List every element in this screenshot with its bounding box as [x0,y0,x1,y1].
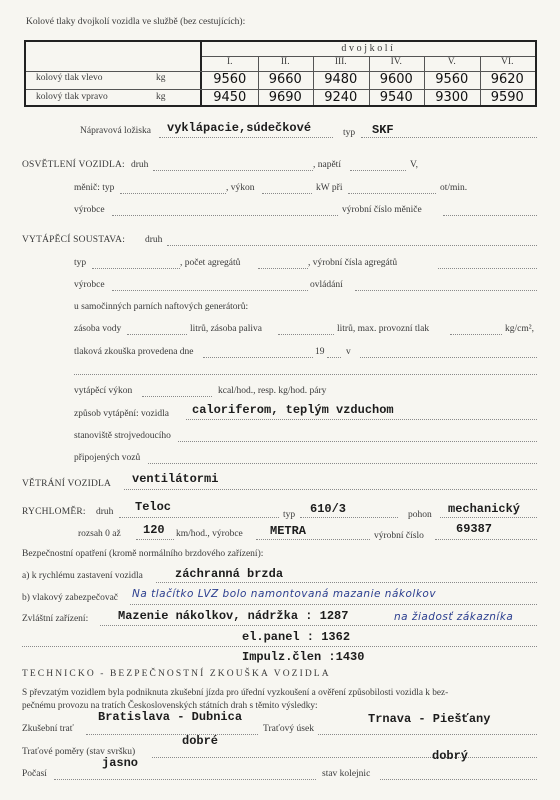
lighting-druh-field[interactable] [153,170,313,171]
lighting-voltage-label: , napětí [313,160,341,170]
heating-druh-field[interactable] [167,245,537,246]
weather-value: jasno [102,756,138,770]
speedometer-section: RYCHLOMĚR: [22,507,86,517]
heating-output-unit: kcal/hod., resp. kg/hod. páry [218,386,326,396]
test-track-value: Bratislava - Dubnica [98,710,242,724]
special-equipment-value-2: el.panel : 1362 [242,630,350,644]
pressure-value: 9690 [258,90,314,105]
ventilation-field[interactable] [124,489,537,490]
column-header: I. [202,57,258,67]
water-supply-field[interactable] [127,334,187,335]
bearings-type-field[interactable] [361,137,537,138]
test-section: TECHNICKO - BEZPEČNOSTNÍ ZKOUŠKA VOZIDLA [22,669,331,679]
group-header: dvojkolí [202,43,535,54]
converter-rpm-unit: ot/min. [440,183,467,193]
special-equipment-field-2[interactable] [22,646,537,647]
speedometer-manufacturer-value: METRA [270,524,306,538]
speedometer-range-value: 120 [143,523,165,537]
bearings-type-label: typ [343,128,355,138]
speedometer-type-label: typ [283,510,295,520]
speedometer-range-label: rozsah 0 až [78,529,121,539]
heating-count-field[interactable] [258,268,308,269]
speedometer-manufacturer-field[interactable] [256,539,370,540]
column-header: IV. [369,57,425,67]
heating-manufacturer-label: výrobce [74,280,105,290]
generators-label: u samočinných parních naftových generáto… [74,302,248,312]
column-header: III. [313,57,369,67]
heating-output-field[interactable] [142,396,212,397]
safety-b-value: Na tlačítko LVZ bolo namontovaná mazanie… [132,588,436,600]
speedometer-kind-label: druh [96,507,113,517]
special-equipment-field[interactable] [100,625,537,626]
converter-kw-label: kW při [316,183,342,193]
safety-b-field[interactable] [130,604,537,605]
fuel-supply-label: litrů, zásoba paliva [190,324,262,334]
column-header: II. [258,57,314,67]
converter-rpm-field[interactable] [348,193,436,194]
rail-condition-value: dobrý [432,749,468,763]
safety-title: Bezpečnostní opatření (kromě normálního … [22,549,263,559]
speedometer-type-field[interactable] [300,517,398,518]
column-header: V. [424,57,480,67]
safety-a-label: a) k rychlému zastavení vozidla [22,571,143,581]
lighting-manufacturer-field[interactable] [112,215,338,216]
heating-section: VYTÁPĚCÍ SOUSTAVA: [22,235,125,245]
heating-serials-field[interactable] [438,268,537,269]
lighting-druh-label: druh [131,160,148,170]
heating-output-label: vytápěcí výkon [74,386,132,396]
pressure-value: 9590 [480,90,536,105]
converter-power-label: , výkon [226,183,255,193]
heating-control-field[interactable] [355,290,537,291]
heating-druh-label: druh [145,235,162,245]
safety-a-field[interactable] [156,582,537,583]
heating-manufacturer-field[interactable] [112,290,308,291]
heating-type-field[interactable] [92,268,180,269]
bearings-label: Nápravová ložiska [80,126,151,136]
wheel-pressure-table: dvojkolí kolový tlak vlevo kg kolový tla… [24,40,537,107]
pressure-value: 9620 [480,72,536,87]
converter-serial-field[interactable] [443,215,537,216]
test-track-label: Zkušební trať [22,724,74,734]
rail-condition-field[interactable] [380,779,537,780]
speedometer-drive-value: mechanický [448,502,520,516]
lighting-section: OSVĚTLENÍ VOZIDLA: [22,160,125,170]
heating-count-label: , počet agregátů [180,258,240,268]
test-track-field[interactable] [86,734,258,735]
heating-method-value: caloriferom, teplým vzduchom [192,403,394,417]
heating-method-field[interactable] [186,419,537,420]
pressure-test-extra-field[interactable] [74,374,537,375]
speedometer-range-field[interactable] [136,539,174,540]
heating-control-label: ovládání [310,280,343,290]
heating-serials-label: , výrobní čísla agregátů [308,258,397,268]
ventilation-value: ventilátormi [132,472,218,486]
pressure-value: 9300 [424,90,480,105]
test-paragraph-1: S převzatým vozidlem byla podniknuta zku… [22,688,448,698]
lighting-voltage-field[interactable] [350,170,406,171]
row-label: kolový tlak vpravo [36,92,108,102]
bearings-field[interactable] [159,137,333,138]
lighting-manufacturer-label: výrobce [74,205,105,215]
speedometer-serial-value: 69387 [456,522,492,536]
row-unit: kg [156,92,166,102]
pressure-value: 9560 [424,72,480,87]
wheel-pressure-title: Kolové tlaky dvojkolí vozidla ve službě … [26,17,245,27]
converter-type-label: měnič: typ [74,183,114,193]
connected-cars-field[interactable] [148,463,537,464]
pressure-value: 9660 [258,72,314,87]
speedometer-drive-field[interactable] [440,517,537,518]
track-conditions-field[interactable] [152,757,537,758]
speedometer-kind-field[interactable] [119,517,279,518]
weather-field[interactable] [54,779,316,780]
pressure-test-place-field[interactable] [360,357,537,358]
rail-condition-label: stav kolejnic [322,769,370,779]
pressure-test-place-label: v [346,347,351,357]
heating-method-label: způsob vytápění: vozidla [74,409,169,419]
pressure-value: 9450 [202,90,258,105]
special-equipment-value-3: Impulz.člen :1430 [242,650,364,664]
special-equipment-value-1: Mazenie nákolkov, nádržka : 1287 [118,609,348,623]
pressure-test-label: tlaková zkouška provedena dne [74,347,194,357]
pressure-test-year: 19 [315,347,325,357]
track-conditions-value: dobré [182,734,218,748]
column-header: VI. [480,57,536,67]
connected-cars-label: připojených vozů [74,453,140,463]
speedometer-serial-field[interactable] [435,539,537,540]
converter-power-field[interactable] [262,193,312,194]
pressure-value: 9240 [313,90,369,105]
track-section-value: Trnava - Piešťany [368,712,490,726]
row-label: kolový tlak vlevo [36,73,103,83]
special-equipment-label: Zvláštní zařízení: [22,614,88,624]
max-pressure-field[interactable] [450,334,502,335]
row-unit: kg [156,73,166,83]
track-section-field[interactable] [318,734,537,735]
special-equipment-note: na žiadosť zákazníka [394,611,513,623]
speedometer-kind-value: Teloc [135,500,171,514]
speedometer-manufacturer-label: km/hod., výrobce [176,529,243,539]
speedometer-serial-label: výrobní číslo [374,531,424,541]
lighting-volt-unit: V, [410,160,418,170]
pressure-test-date-field[interactable] [203,357,313,358]
speedometer-type-value: 610/3 [310,502,346,516]
ventilation-label: VĚTRÁNÍ VOZIDLA [22,479,111,489]
water-supply-label: zásoba vody [74,324,121,334]
speedometer-drive-label: pohon [408,510,432,520]
weather-label: Počasí [22,769,47,779]
pressure-value: 9540 [369,90,425,105]
pressure-unit: kg/cm², [505,324,534,334]
heating-type-label: typ [74,258,86,268]
pressure-value: 9480 [313,72,369,87]
driver-cab-field[interactable] [178,441,537,442]
safety-b-label: b) vlakový zabezpečovač [22,593,118,603]
bearings-type-value: SKF [372,123,394,137]
bearings-value: vyklápacie,súdečkové [167,121,311,135]
converter-type-field[interactable] [120,193,226,194]
converter-serial-label: výrobní číslo měniče [342,205,422,215]
track-section-label: Traťový úsek [263,724,314,734]
pressure-test-year-field[interactable] [327,357,341,358]
fuel-supply-field[interactable] [278,334,334,335]
safety-a-value: záchranná brzda [175,567,283,581]
pressure-value: 9600 [369,72,425,87]
pressure-value: 9560 [202,72,258,87]
max-pressure-label: litrů, max. provozní tlak [337,324,429,334]
driver-cab-label: stanoviště strojvedoucího [74,431,171,441]
